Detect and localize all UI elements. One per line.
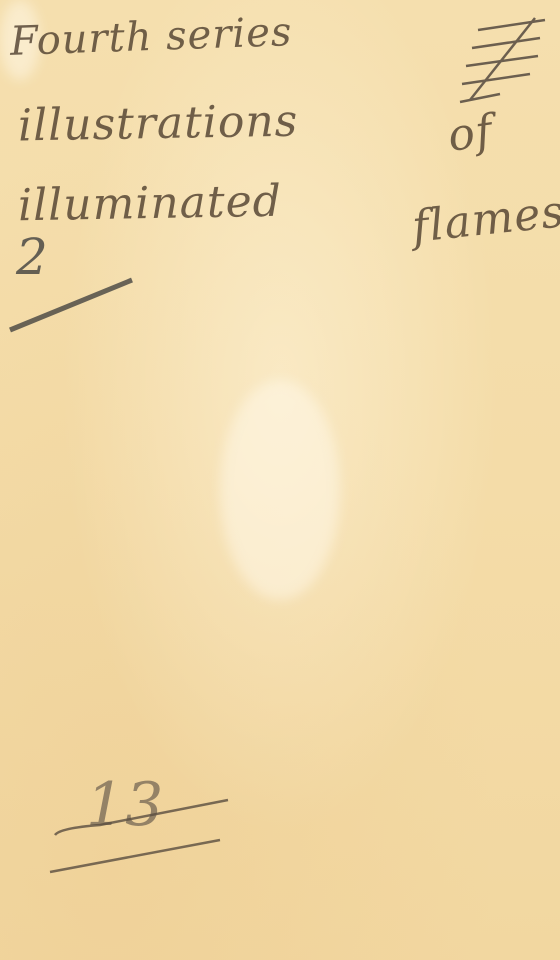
photo-card-back: Fourth series illustrations of illuminat…: [0, 0, 560, 960]
slash-stroke: [10, 280, 132, 330]
strike-line: [55, 800, 228, 835]
scribble-mark: [460, 18, 545, 102]
strike-line: [50, 840, 220, 872]
pen-strokes: [0, 0, 560, 960]
